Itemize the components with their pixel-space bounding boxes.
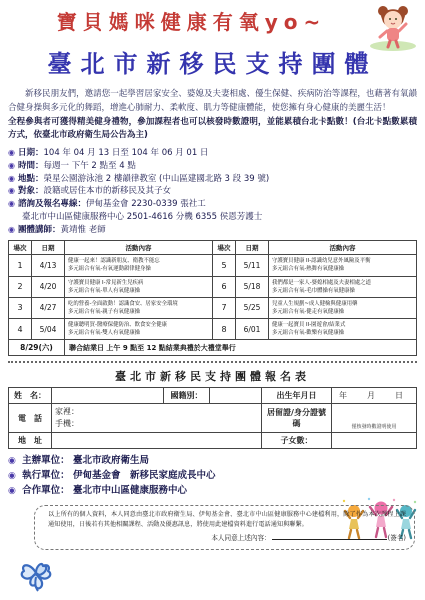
organizer-host: ◉ 主辦單位： 臺北市政府衛生局	[8, 454, 417, 469]
form-row-name: 姓 名： 國籍別： 出生年月日 年 月 日	[9, 388, 417, 404]
session-date: 4/27	[32, 297, 65, 318]
info-time: ◉ 時間： 每週一 下午 2 點至 4 點	[8, 160, 417, 173]
bullet-icon: ◉	[8, 224, 15, 236]
id-number-label: 居留證/身分證號碼	[262, 404, 332, 433]
registration-form-title: 臺北市新移民支持團體報名表	[8, 368, 417, 384]
page-title: 寶貝媽咪健康有氧yo~	[8, 6, 417, 35]
phone-label: 電 話	[9, 404, 52, 433]
intro-paragraph: 新移民朋友們，邀請您一起學習居家安全、婆媳及夫妻相處、優生保健、疾病防治等課程，…	[8, 88, 417, 116]
session-number: 2	[9, 276, 32, 297]
schedule-footer-row: 8/29(六) 聯合結業日 上午 9 點至 12 點結業典禮於大禮堂舉行	[9, 340, 417, 356]
schedule-row: 2 4/20 守護寶貝健康 I-常見新生兒疾病 多元組合有氧-單人有氧健康操 6…	[9, 276, 417, 297]
schedule-row: 3 4/27 吃的營養-全面啟動！認識食安、居家安全環境 多元組合有氧-親子有氧…	[9, 297, 417, 318]
birthdate-field: 年 月 日	[332, 388, 417, 404]
nationality-field	[210, 388, 262, 404]
consent-box: 以上所有的個人資料，本人同意由臺北市政府衛生局、伊甸基金會、臺北市中山區健康服務…	[34, 505, 415, 550]
clover-icon	[16, 554, 56, 594]
col-session: 場次	[9, 241, 32, 255]
session-content: 守護寶貝健康 II-認識幼兒意外風險及平衡 多元組合有氧-熱舞有氧健康操	[269, 255, 417, 276]
session-content: 健康一起寶貝 II-園遊會/結業式 多元組合有氧-歡樂有氧健康操	[269, 318, 417, 339]
bullet-icon: ◉	[8, 198, 15, 210]
info-hotline-2: 臺北市中山區健康服務中心 2501-4616 分機 6355 侯恩芳護士	[8, 211, 417, 224]
session-number: 4	[9, 318, 32, 339]
session-content: 健康一起來！認識新朋友、衛教不能忘 多元組合有氧-有氧運動韻律健身操	[65, 255, 213, 276]
organizer-executor: ◉ 執行單位： 伊甸基金會 新移民家庭成長中心	[8, 469, 417, 484]
address-label: 地 址	[9, 433, 52, 449]
signature-line	[272, 533, 387, 540]
closing-date: 8/29(六)	[9, 340, 65, 356]
info-date: ◉ 日期： 104 年 04 月 13 日至 104 年 06 月 01 日	[8, 147, 417, 160]
phone-home-label: 家裡：	[55, 406, 258, 418]
bullet-icon: ◉	[8, 185, 15, 197]
schedule-table: 場次 日期 活動內容 場次 日期 活動內容 1 4/13 健康一起來！認識新朋友…	[8, 240, 417, 356]
info-instructor: ◉ 團體講師： 黃靖惟 老師	[8, 224, 417, 237]
children-count-label: 子女數：	[262, 433, 332, 449]
organizer-list: ◉ 主辦單位： 臺北市政府衛生局 ◉ 執行單位： 伊甸基金會 新移民家庭成長中心…	[8, 454, 417, 499]
children-count-field	[332, 433, 417, 449]
name-field	[52, 388, 164, 404]
bullet-icon: ◉	[8, 147, 15, 159]
session-number: 1	[9, 255, 32, 276]
session-content: 我們都是一家人-婆媳相處及夫妻相處之道 多元組合有氧-毛巾體操有氧健康操	[269, 276, 417, 297]
session-number: 5	[213, 255, 236, 276]
col-date: 日期	[236, 241, 269, 255]
phone-mobile-label: 手機：	[55, 418, 258, 430]
nationality-label: 國籍別：	[164, 388, 210, 404]
reward-paragraph: 全程參與者可獲得精美健身禮物，參加課程者也可以核發時數證明，並能累積台北卡點數！…	[8, 116, 417, 144]
session-number: 7	[213, 297, 236, 318]
id-number-note: 僅核發時數證明使用	[332, 404, 417, 433]
session-date: 5/04	[32, 318, 65, 339]
intro-section: 新移民朋友們，邀請您一起學習居家安全、婆媳及夫妻相處、優生保健、疾病防治等課程，…	[8, 88, 417, 143]
session-number: 8	[213, 318, 236, 339]
exercise-girl-illustration	[366, 2, 420, 52]
session-content: 健康聰明買-醫療保健防治、飲食安全健康 多元組合有氧-雙人有氧健康操	[65, 318, 213, 339]
session-date: 5/11	[236, 255, 269, 276]
info-hotline: ◉ 諮詢及報名專線： 伊甸基金會 2230-0339 張社工	[8, 198, 417, 211]
session-number: 3	[9, 297, 32, 318]
bullet-icon: ◉	[8, 486, 16, 496]
info-location: ◉ 地點： 榮星公園游泳池 2 樓韻律教室 (中山區建國北路 3 段 39 號)	[8, 173, 417, 186]
form-row-address: 地 址 子女數：	[9, 433, 417, 449]
flyer-page: 寶貝媽咪健康有氧yo~ 臺北市新移民支持團體 新移民朋友們，邀請您一起學習居家安…	[0, 0, 425, 600]
info-audience: ◉ 對象： 設籍或居住本市的新移民及其子女	[8, 185, 417, 198]
signature-row: 本人同意上述內容：(簽名)	[48, 533, 406, 544]
session-content: 吃的營養-全面啟動！認識食安、居家安全環境 多元組合有氧-親子有氧健康操	[65, 297, 213, 318]
signature-label: 本人同意上述內容：	[211, 534, 270, 542]
schedule-row: 4 5/04 健康聰明買-醫療保健防治、飲食安全健康 多元組合有氧-雙人有氧健康…	[9, 318, 417, 339]
consent-text: 以上所有的個人資料，本人同意由臺北市政府衛生局、伊甸基金會、臺北市中山區健康服務…	[48, 511, 406, 528]
col-activity: 活動內容	[269, 241, 417, 255]
session-date: 6/01	[236, 318, 269, 339]
session-date: 4/20	[32, 276, 65, 297]
closing-ceremony-note: 聯合結業日 上午 9 點至 12 點結業典禮於大禮堂舉行	[65, 340, 417, 356]
col-date: 日期	[32, 241, 65, 255]
form-row-phone: 電 話 家裡： 手機： 居留證/身分證號碼 僅核發時數證明使用	[9, 404, 417, 433]
name-label: 姓 名：	[9, 388, 52, 404]
phone-field: 家裡： 手機：	[52, 404, 262, 433]
session-content: 守護寶貝健康 I-常見新生兒疾病 多元組合有氧-單人有氧健康操	[65, 276, 213, 297]
address-field	[52, 433, 262, 449]
col-session: 場次	[213, 241, 236, 255]
bullet-icon: ◉	[8, 160, 15, 172]
birthdate-label: 出生年月日	[262, 388, 332, 404]
session-number: 6	[213, 276, 236, 297]
registration-form-table: 姓 名： 國籍別： 出生年月日 年 月 日 電 話 家裡： 手機： 居留證/身分…	[8, 387, 417, 449]
event-info-list: ◉ 日期： 104 年 04 月 13 日至 104 年 06 月 01 日 ◉…	[8, 147, 417, 236]
session-date: 5/25	[236, 297, 269, 318]
schedule-header-row: 場次 日期 活動內容 場次 日期 活動內容	[9, 241, 417, 255]
dashed-divider	[8, 361, 417, 363]
session-date: 4/13	[32, 255, 65, 276]
signature-suffix: (簽名)	[388, 534, 406, 542]
session-content: 兒童人生規劃~成人健檢與健康用藥 多元組合有氧-健走有氧健康操	[269, 297, 417, 318]
bullet-icon: ◉	[8, 471, 16, 481]
session-date: 5/18	[236, 276, 269, 297]
page-subtitle: 臺北市新移民支持團體	[8, 44, 417, 79]
schedule-row: 1 4/13 健康一起來！認識新朋友、衛教不能忘 多元組合有氧-有氧運動韻律健身…	[9, 255, 417, 276]
bullet-icon: ◉	[8, 173, 15, 185]
bullet-icon: ◉	[8, 456, 16, 466]
col-activity: 活動內容	[65, 241, 213, 255]
